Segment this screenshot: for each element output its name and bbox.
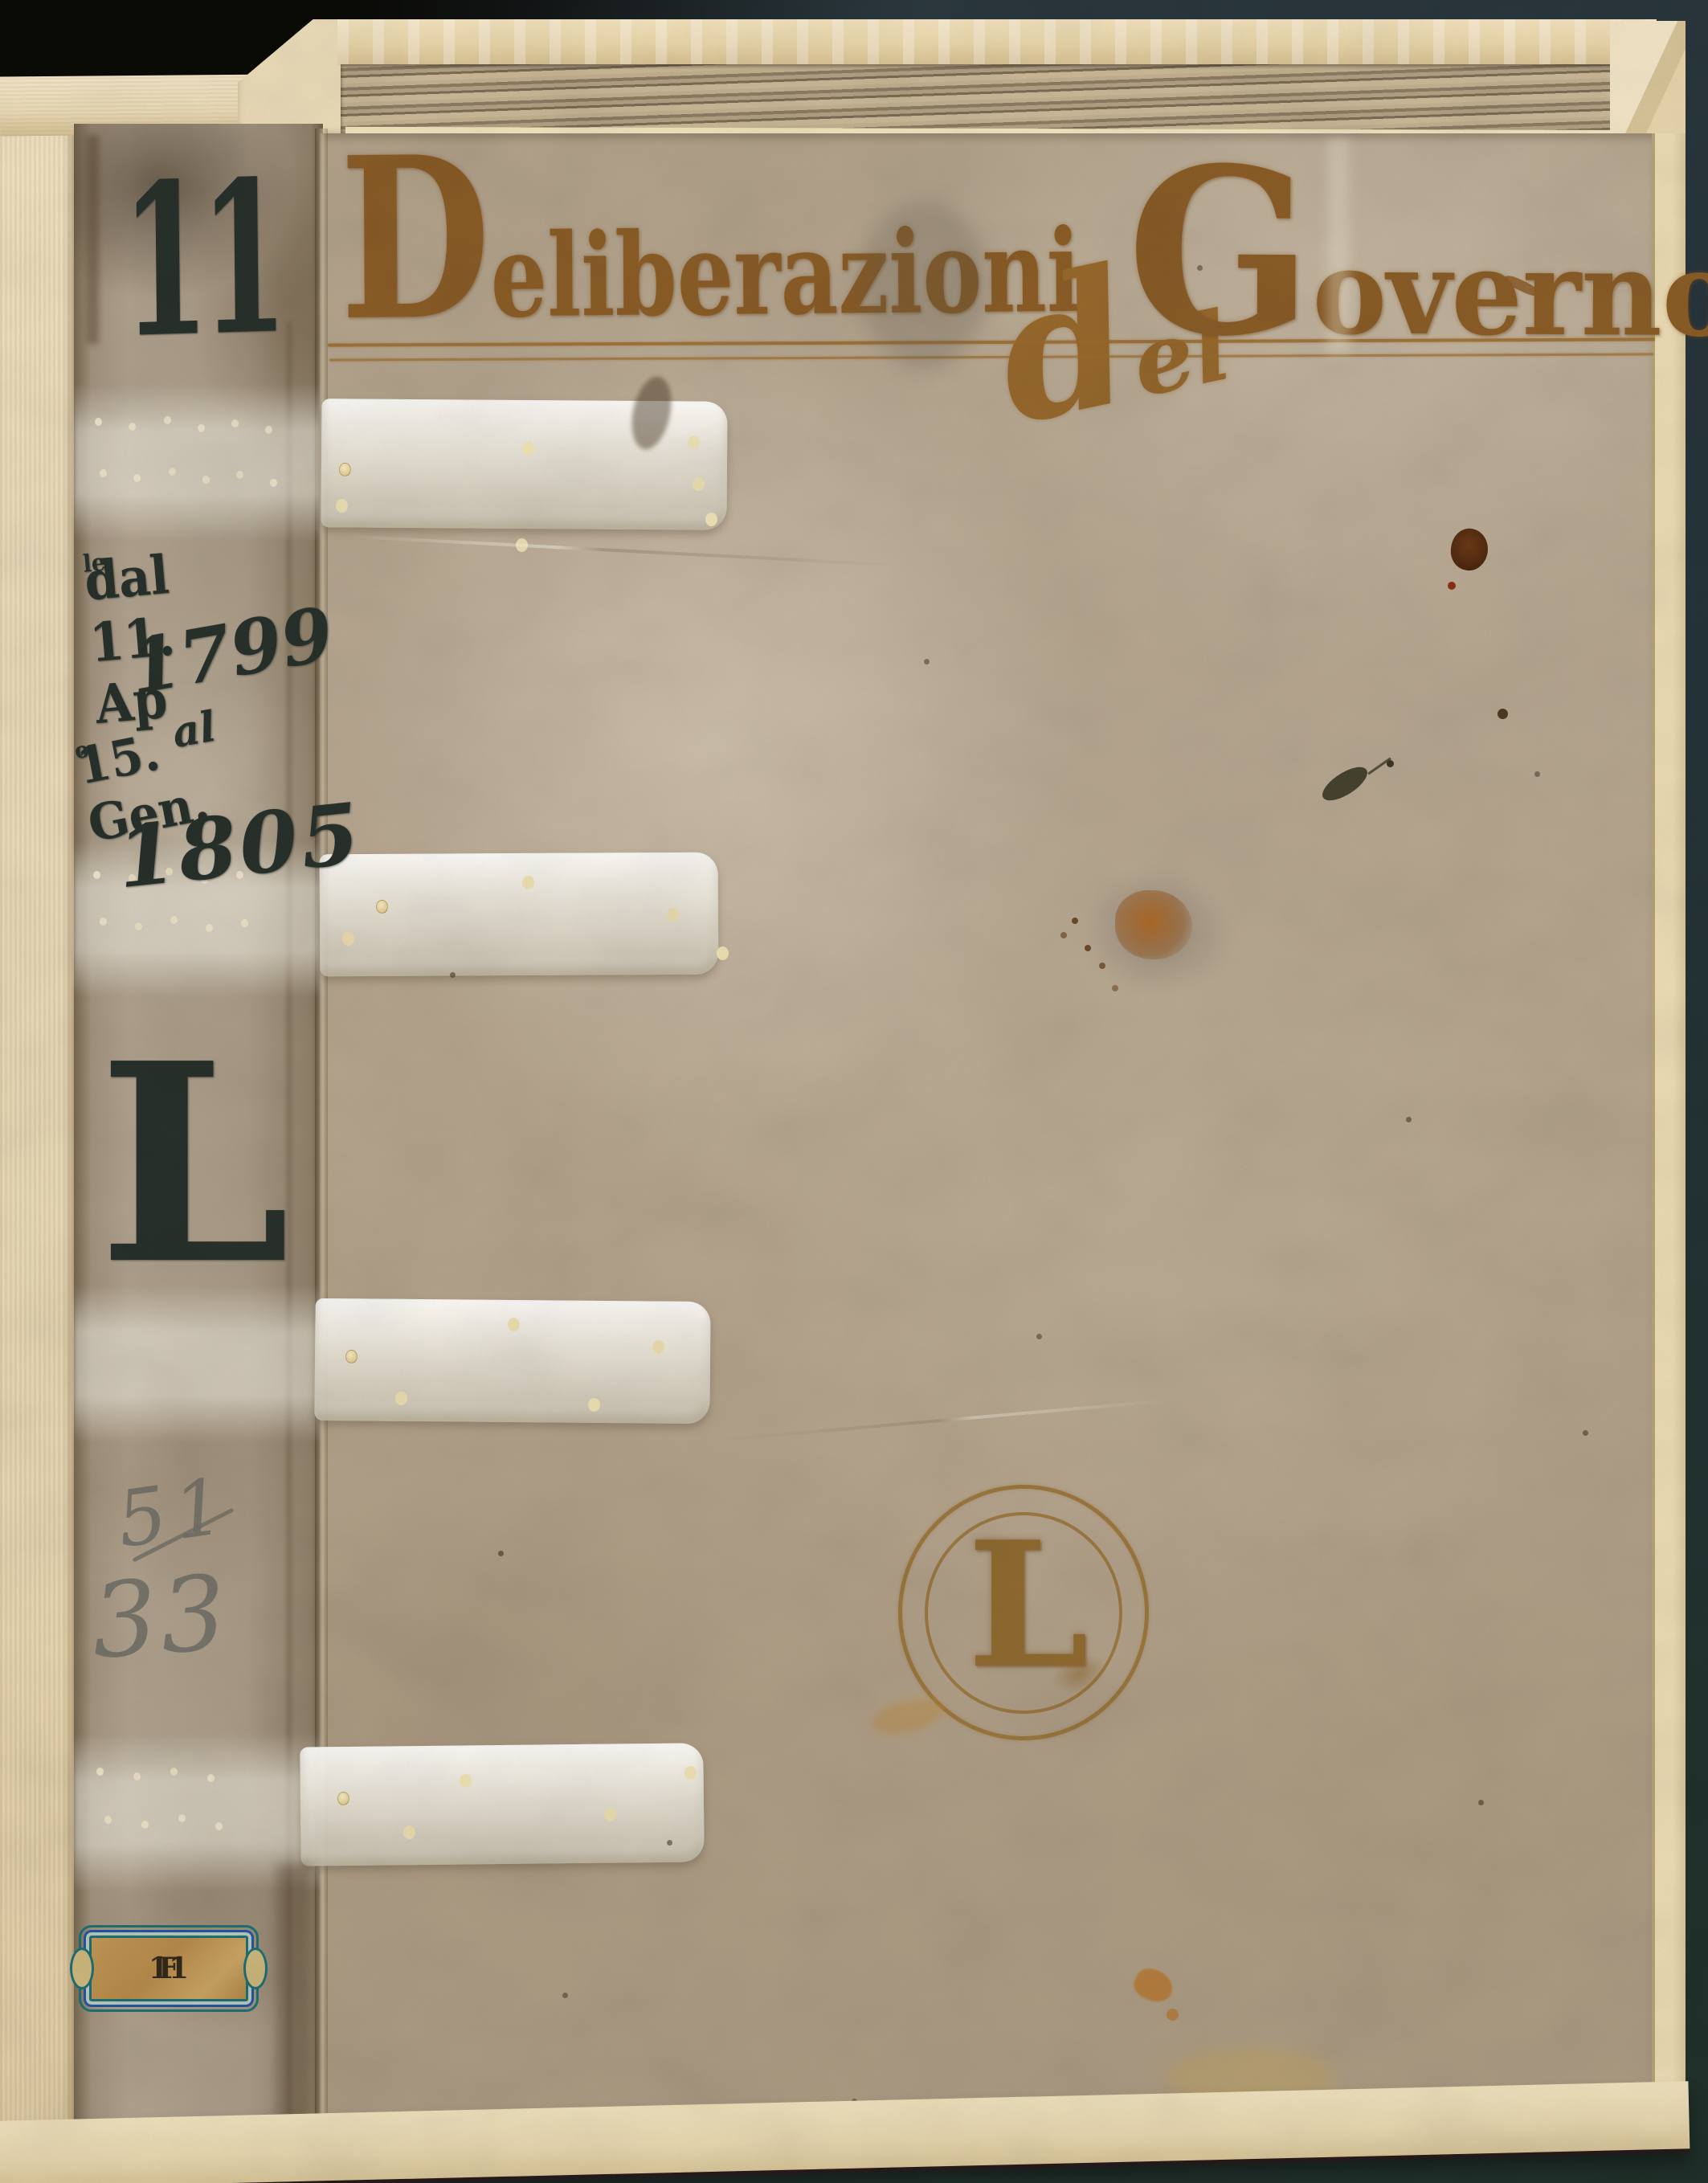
title-word-governo: Governo: [1126, 119, 1708, 390]
stain-rust-core: [1115, 890, 1192, 959]
gray-smudge: [860, 201, 988, 370]
sewing-pin-dots: [96, 1768, 104, 1776]
board-corner-top-right: [1610, 21, 1686, 138]
board-edge-top: [337, 19, 1657, 66]
shelf-label: F 11: [84, 1930, 254, 2007]
vellum-strap: [300, 1743, 705, 1866]
sewing-pin-dots: [93, 871, 100, 879]
sewing-pin-dots: [95, 418, 102, 426]
pencil-number-top: 51: [112, 1466, 236, 1559]
speckle-dots: [498, 1551, 504, 1556]
sewing-stud-dots: [339, 463, 351, 476]
sewing-stud-dots: [345, 1350, 358, 1363]
spine-stain-drip: [87, 135, 99, 344]
spine-white-band: [74, 384, 321, 541]
board-edge-left: [0, 77, 74, 2181]
vellum-strap: [314, 1298, 710, 1424]
crease-vertical-light: [1327, 138, 1350, 355]
stain-brown-dot: [1498, 709, 1508, 719]
spine-date-from-superscript: le: [82, 550, 107, 579]
library-stamp: L: [898, 1485, 1149, 1740]
stain-red-dot: [1448, 582, 1456, 590]
spine-letter: L: [98, 1005, 290, 1325]
sewing-stud-dots: [337, 1792, 349, 1805]
crease-vertical-dark: [276, 1864, 310, 2137]
stain-small-dot: [1387, 760, 1394, 767]
pencil-number-bottom: 33: [88, 1562, 232, 1674]
page-edge-right: [1652, 133, 1686, 2100]
shelf-label-number: 11: [149, 1952, 189, 1985]
stain-rust-spatter: [1072, 918, 1078, 924]
shelf-label-text: F 11: [84, 1930, 254, 2007]
spine-volume-number: 11: [121, 136, 280, 385]
scanned-book-cover: Deliberazioni del Governo 11 dal 11. Apl…: [0, 0, 1708, 2183]
sewing-stud-dots: [376, 900, 388, 914]
stain-orange-drop: [1167, 2009, 1179, 2021]
vellum-strap: [320, 852, 719, 977]
